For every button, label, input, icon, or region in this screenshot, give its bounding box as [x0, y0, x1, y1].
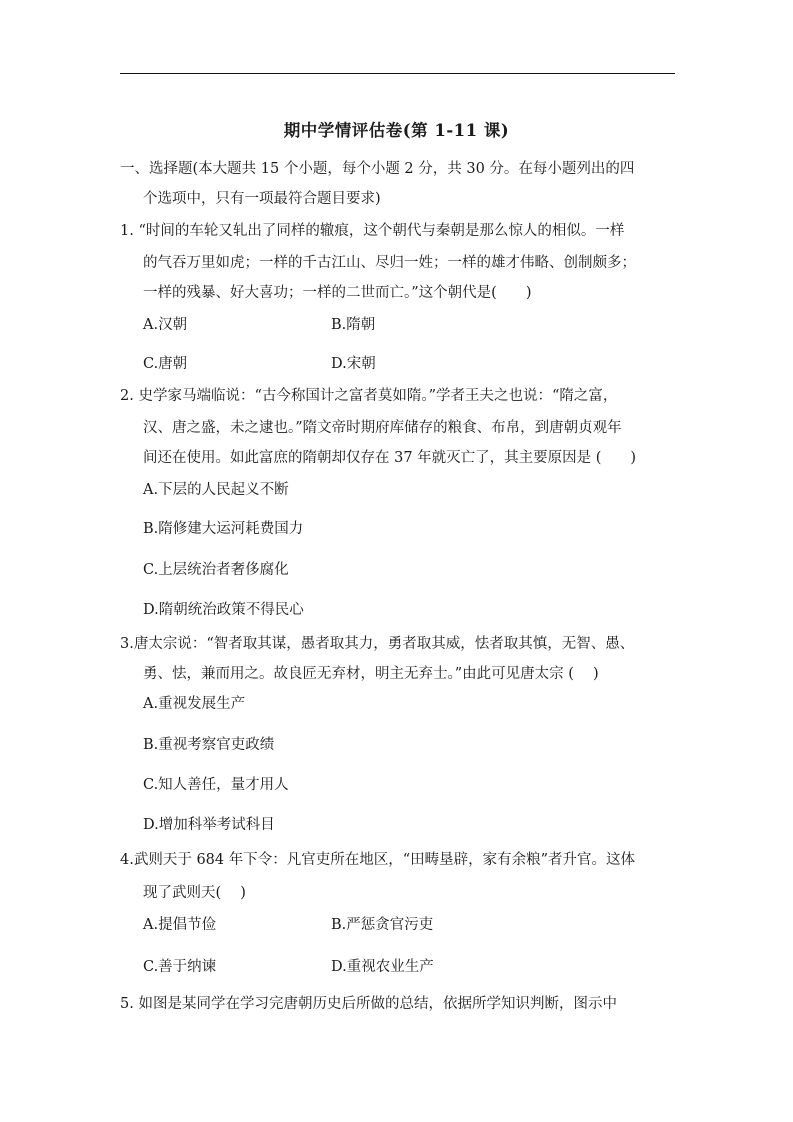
- question-1-option-c[interactable]: C.唐朝: [143, 354, 187, 374]
- question-1-line-3: 一样的残暴、好大喜功；一样的二世而亡。”这个朝代是( ): [143, 283, 531, 303]
- question-4-option-d[interactable]: D.重视农业生产: [331, 957, 434, 977]
- question-3-line-1: 3.唐太宗说：“智者取其谋，愚者取其力，勇者取其威，怯者取其慎，无智、愚、: [120, 634, 634, 654]
- question-5-line-1: 5. 如图是某同学在学习完唐朝历史后所做的总结，依据所学知识判断，图示中: [120, 994, 617, 1014]
- question-2-option-c[interactable]: C.上层统治者奢侈腐化: [143, 560, 289, 580]
- question-2-line-2: 汉、唐之盛，未之逮也。”隋文帝时期府库储存的粮食、布帛，到唐朝贞观年: [143, 418, 622, 438]
- question-2-option-a[interactable]: A.下层的人民起义不断: [143, 480, 289, 500]
- question-2-line-3: 间还在使用。如此富庶的隋朝却仅存在 37 年就灭亡了，其主要原因是 ( ): [143, 448, 636, 468]
- question-3-option-b[interactable]: B.重视考察官吏政绩: [143, 735, 274, 755]
- question-4-option-a[interactable]: A.提倡节俭: [143, 915, 216, 935]
- question-3-option-c[interactable]: C.知人善任，量才用人: [143, 775, 289, 795]
- question-3-line-2: 勇、怯，兼而用之。故良匠无弃材，明主无弃士。”由此可见唐太宗 ( ): [143, 664, 599, 684]
- question-1-option-d[interactable]: D.宋朝: [331, 354, 376, 374]
- section-heading: 一、选择题(本大题共 15 个小题，每个小题 2 分，共 30 分。在每小题列出…: [120, 159, 634, 179]
- question-1-line-1: 1. “时间的车轮又轧出了同样的辙痕，这个朝代与秦朝是那么惊人的相似。一样: [120, 221, 624, 241]
- question-4-line-1: 4.武则天于 684 年下令：凡官吏所在地区，“田畴垦辟，家有余粮”者升官。这体: [120, 850, 635, 870]
- section-heading-cont: 个选项中，只有一项最符合题目要求): [143, 189, 381, 209]
- question-4-option-b[interactable]: B.严惩贪官污吏: [331, 915, 433, 935]
- header-rule: [120, 73, 675, 74]
- question-3-option-a[interactable]: A.重视发展生产: [143, 694, 245, 714]
- question-1-option-b[interactable]: B.隋朝: [331, 315, 375, 335]
- page-title: 期中学情评估卷(第 1-11 课): [0, 120, 793, 142]
- question-3-option-d[interactable]: D.增加科举考试科目: [143, 815, 275, 835]
- question-2-line-1: 2. 史学家马端临说：“古今称国计之富者莫如隋。”学者王夫之也说：“隋之富，: [120, 386, 617, 406]
- question-1-line-2: 的气吞万里如虎；一样的千古江山、尽归一姓；一样的雄才伟略、创制颇多；: [143, 253, 636, 273]
- question-1-option-a[interactable]: A.汉朝: [143, 315, 187, 335]
- question-2-option-d[interactable]: D.隋朝统治政策不得民心: [143, 600, 304, 620]
- question-4-option-c[interactable]: C.善于纳谏: [143, 957, 216, 977]
- question-2-option-b[interactable]: B.隋修建大运河耗费国力: [143, 519, 303, 539]
- question-4-line-2: 现了武则天( ): [143, 883, 246, 903]
